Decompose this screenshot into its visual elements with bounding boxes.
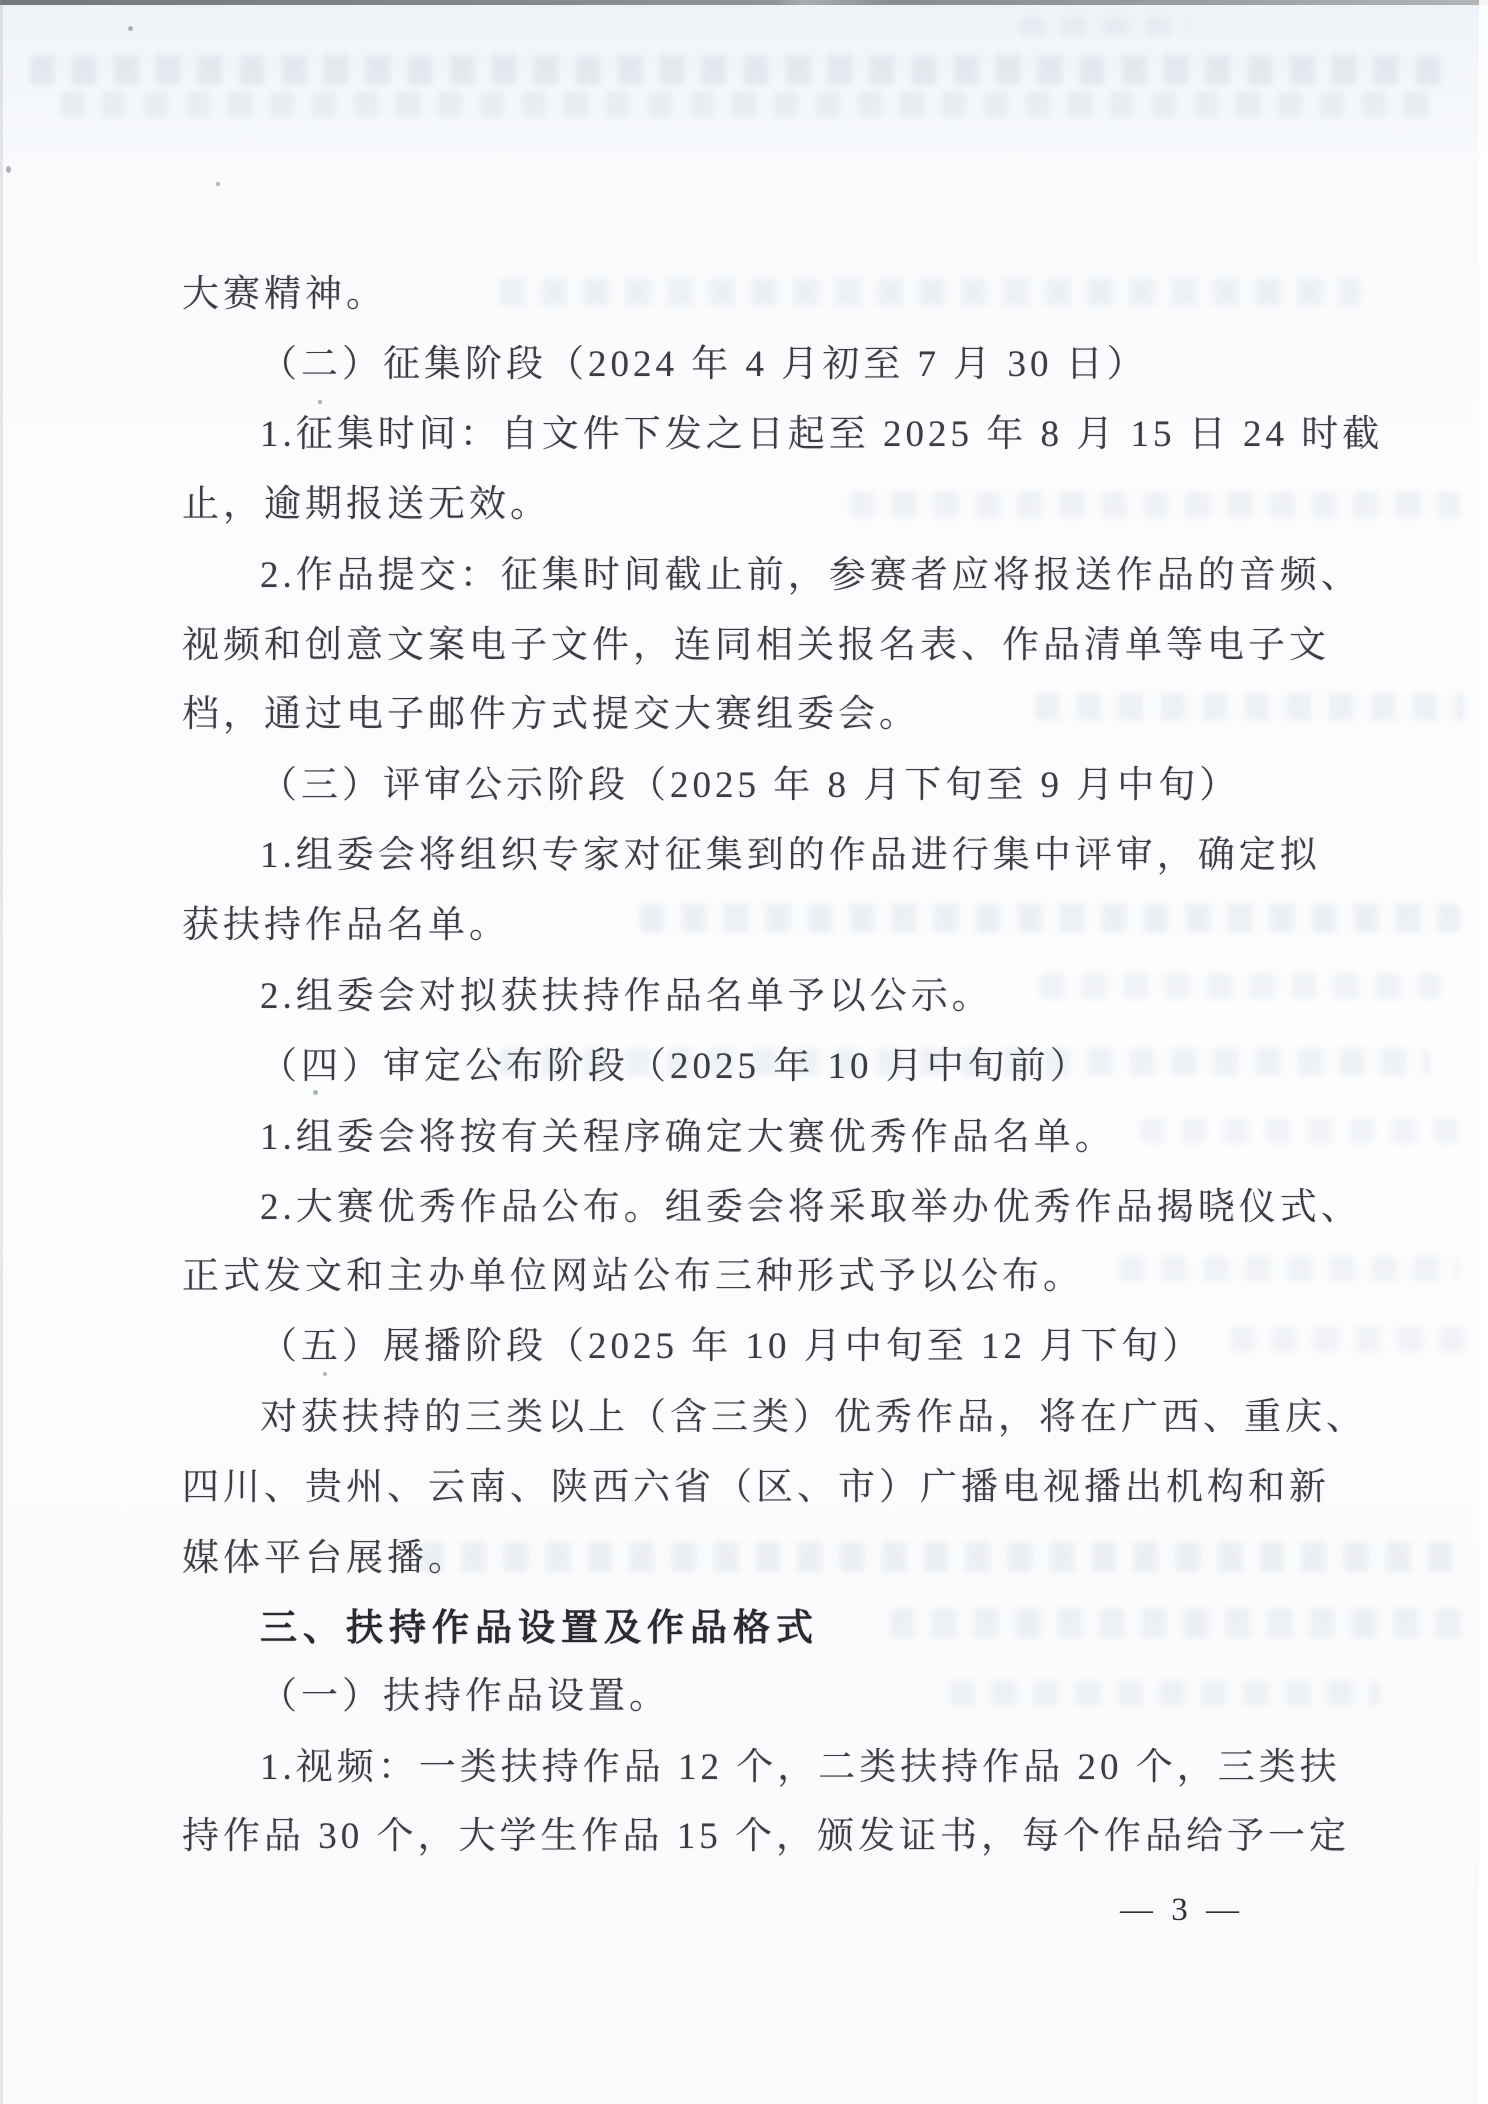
paragraph-line: 档，通过电子邮件方式提交大赛组委会。 bbox=[182, 692, 1382, 738]
scan-speck bbox=[323, 1372, 327, 1376]
paragraph-line: 1.征集时间：自文件下发之日起至 2025 年 8 月 15 日 24 时截 bbox=[182, 412, 1460, 458]
subsection-heading: （二）征集阶段（2024 年 4 月初至 7 月 30 日） bbox=[182, 342, 1460, 388]
paragraph-line: 正式发文和主办单位网站公布三种形式予以公布。 bbox=[182, 1254, 1382, 1300]
scan-speck bbox=[128, 26, 133, 31]
paragraph-line: 2.大赛优秀作品公布。组委会将采取举办优秀作品揭晓仪式、 bbox=[182, 1185, 1460, 1231]
paragraph-line: 对获扶持的三类以上（含三类）优秀作品，将在广西、重庆、 bbox=[182, 1395, 1460, 1441]
section-heading: 三、扶持作品设置及作品格式 bbox=[182, 1605, 1460, 1651]
scan-speck bbox=[313, 1090, 318, 1095]
page-number: — 3 — bbox=[1102, 1890, 1262, 1930]
scan-speck bbox=[318, 400, 322, 404]
paragraph-line: 大赛精神。 bbox=[182, 272, 1382, 318]
subsection-heading: （五）展播阶段（2025 年 10 月中旬至 12 月下旬） bbox=[182, 1324, 1460, 1370]
bleed-through-smudge bbox=[30, 55, 1450, 85]
subsection-heading: （三）评审公示阶段（2025 年 8 月下旬至 9 月中旬） bbox=[182, 763, 1460, 809]
paragraph-line: 媒体平台展播。 bbox=[182, 1536, 1382, 1582]
subsection-heading: （四）审定公布阶段（2025 年 10 月中旬前） bbox=[182, 1044, 1460, 1090]
paragraph-line: 视频和创意文案电子文件，连同相关报名表、作品清单等电子文 bbox=[182, 623, 1382, 669]
paragraph-line: 1.视频：一类扶持作品 12 个，二类扶持作品 20 个，三类扶 bbox=[182, 1745, 1460, 1791]
paragraph-line: 持作品 30 个，大学生作品 15 个，颁发证书，每个作品给予一定 bbox=[182, 1814, 1382, 1860]
paragraph-line: 获扶持作品名单。 bbox=[182, 903, 1382, 949]
paragraph-line: 2.组委会对拟获扶持作品名单予以公示。 bbox=[182, 974, 1460, 1020]
paragraph-line: 1.组委会将按有关程序确定大赛优秀作品名单。 bbox=[182, 1115, 1460, 1161]
scan-right-edge-highlight bbox=[1479, 0, 1488, 2104]
scan-left-edge-shadow bbox=[0, 0, 3, 2104]
bleed-through-smudge bbox=[1020, 18, 1190, 36]
scan-speck bbox=[6, 166, 11, 173]
paragraph-line: 2.作品提交：征集时间截止前，参赛者应将报送作品的音频、 bbox=[182, 553, 1460, 599]
scanned-document-page: 大赛精神。 （二）征集阶段（2024 年 4 月初至 7 月 30 日） 1.征… bbox=[0, 0, 1488, 2104]
subsection-heading: （一）扶持作品设置。 bbox=[182, 1674, 1460, 1720]
paragraph-line: 四川、贵州、云南、陕西六省（区、市）广播电视播出机构和新 bbox=[182, 1465, 1382, 1511]
paragraph-line: 1.组委会将组织专家对征集到的作品进行集中评审，确定拟 bbox=[182, 833, 1460, 879]
scan-top-edge-line bbox=[0, 0, 1488, 5]
scan-speck bbox=[216, 182, 220, 186]
bleed-through-smudge bbox=[60, 92, 1430, 118]
paragraph-line: 止，逾期报送无效。 bbox=[182, 482, 1382, 528]
